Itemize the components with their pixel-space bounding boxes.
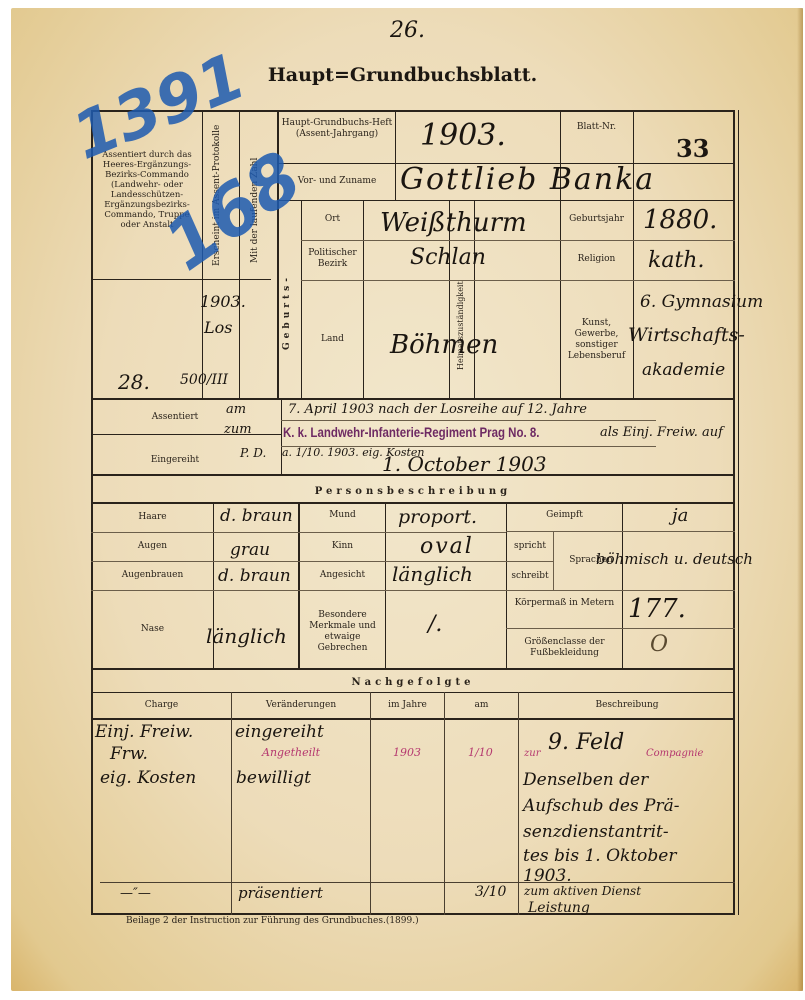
eingereiht-label: Eingereiht: [140, 455, 210, 466]
divider: [91, 532, 506, 533]
row1-beschreibung-line-1: Denselben der: [523, 770, 648, 790]
divider: [560, 240, 735, 241]
assent-note-pd: P. D.: [240, 446, 266, 460]
blatt-label: Blatt-Nr.: [560, 122, 633, 133]
land-value: Böhmen: [390, 330, 498, 360]
mund-value: proport.: [398, 506, 477, 528]
row1-beschreibung-line-2: Aufschub des Prä-: [523, 796, 679, 816]
beruf-value-line-3: akademie: [642, 360, 725, 380]
row1-veraenderung-stamp: Angetheilt: [262, 746, 320, 759]
religion-label: Religion: [560, 254, 633, 265]
divider: [277, 200, 735, 201]
personsbeschreibung-heading: Personsbeschreibung: [91, 486, 735, 497]
augenbrauen-label: Augenbrauen: [92, 570, 213, 581]
heft-value: 1903.: [420, 118, 506, 153]
divider: [100, 882, 735, 883]
divider: [91, 718, 735, 720]
beruf-value-line-2: Wirtschafts-: [628, 324, 745, 346]
row1-beschreibung-hw: 9. Feld: [548, 730, 624, 755]
assent-note-am: am: [226, 402, 246, 417]
divider: [506, 561, 553, 562]
row1-charge-line-2: Frw.: [110, 744, 148, 764]
row1-beschreibung-line-5: 1903.: [523, 866, 572, 886]
ort-value: Weißthurm: [380, 208, 527, 238]
row1-veraenderung-hw: eingereiht: [235, 722, 324, 742]
assent-page-value: 500/III: [180, 372, 228, 388]
row1-charge-line-1: Einj. Freiw.: [95, 722, 193, 742]
row1-jahr: 1903: [393, 746, 421, 759]
name-value: Gottlieb Banka: [400, 162, 655, 197]
divider: [506, 590, 735, 591]
geburts-section-label: Geburts-: [282, 240, 292, 350]
assent-line-1: 7. April 1903 nach der Losreihe auf 12. …: [288, 402, 587, 417]
name-label: Vor- und Zuname: [279, 176, 395, 187]
page-number: 26.: [390, 18, 425, 43]
regiment-stamp: K. k. Landwehr-Infanterie-Regiment Prag …: [283, 424, 539, 440]
besondere-merkmale-value: /.: [428, 612, 442, 637]
divider: [506, 531, 735, 532]
assentiert-label: Assentiert: [140, 412, 210, 423]
divider: [301, 240, 560, 241]
kinn-value: oval: [420, 534, 474, 559]
row1-veraenderung-hw2: bewilligt: [236, 768, 311, 788]
assent-note-zum: zum: [224, 422, 252, 437]
geburtsjahr-label: Geburtsjahr: [560, 214, 633, 225]
haare-value: d. braun: [220, 506, 293, 526]
divider: [91, 398, 735, 400]
land-label: Land: [302, 334, 363, 345]
augen-value: grau: [230, 540, 270, 560]
divider: [301, 200, 302, 398]
sprachen-value: böhmisch u. deutsch: [596, 550, 753, 568]
divider: [91, 692, 735, 693]
geimpft-label: Geimpft: [507, 510, 622, 521]
col-veraenderungen: Veränderungen: [232, 700, 370, 711]
divider: [506, 628, 735, 629]
divider: [281, 420, 656, 421]
augenbrauen-value: d. braun: [218, 566, 291, 586]
assent-number-value: 28.: [118, 370, 150, 394]
koerpermass-value: 177.: [628, 594, 686, 624]
row1-beschreibung-prefix: zur: [524, 748, 541, 759]
religion-value: kath.: [648, 248, 704, 273]
divider: [91, 668, 735, 670]
kinn-label: Kinn: [300, 541, 385, 552]
bezirk-label: Politischer Bezirk: [302, 248, 363, 270]
nase-label: Nase: [92, 624, 213, 635]
divider: [91, 434, 281, 435]
row1-charge-line-3: eig. Kosten: [100, 768, 196, 788]
ort-label: Ort: [302, 214, 363, 225]
augen-label: Augen: [92, 541, 213, 552]
divider: [560, 280, 735, 281]
angesicht-value: länglich: [392, 562, 473, 586]
besondere-merkmale-label: Besondere Merkmale und etwaige Gebrechen: [300, 610, 385, 654]
schreibt-label: schreibt: [507, 571, 553, 582]
col-am: am: [445, 700, 518, 711]
groessenclasse-value: O: [650, 632, 668, 657]
col-beschreibung: Beschreibung: [519, 700, 735, 711]
koerpermass-label: Körpermaß in Metern: [507, 598, 622, 609]
footer-note: Beilage 2 der Instruction zur Führung de…: [126, 916, 419, 926]
row2-beschreibung-line-2: Leistung: [528, 900, 590, 916]
divider: [281, 400, 282, 474]
nachgefolgte-heading: Nachgefolgte: [91, 677, 735, 688]
mund-label: Mund: [300, 510, 385, 521]
row2-beschreibung-line-1: zum aktiven Dienst: [524, 884, 641, 898]
row1-beschreibung-line-4: tes bis 1. Oktober: [523, 846, 676, 866]
geburtsjahr-value: 1880.: [643, 205, 717, 235]
beruf-value-line-1: 6. Gymnasium: [640, 292, 763, 312]
spricht-label: spricht: [507, 541, 553, 552]
row1-am: 1/10: [468, 746, 493, 759]
row1-beschreibung-stamp: Compagnie: [646, 748, 703, 759]
bezirk-value: Schlan: [410, 245, 486, 270]
frame-double-line: [738, 110, 739, 915]
divider: [91, 279, 271, 280]
divider: [633, 110, 634, 398]
nase-value: länglich: [206, 624, 287, 648]
assent-line-4: 1. October 1903: [382, 452, 547, 476]
assent-year-value: 1903.: [200, 292, 246, 311]
divider: [301, 280, 560, 281]
col-im-jahre: im Jahre: [371, 700, 444, 711]
groessenclasse-label: Größenclasse der Fußbekleidung: [507, 637, 622, 659]
divider: [363, 200, 364, 398]
heft-label: Haupt-Grundbuchs-Heft (Assent-Jahrgang): [279, 118, 395, 140]
blatt-value: 33: [676, 134, 709, 163]
assent-los-value: Los: [204, 318, 232, 337]
geimpft-value: ja: [672, 505, 688, 526]
divider: [91, 590, 506, 591]
row2-am: 3/10: [475, 884, 506, 900]
row1-beschreibung-line-3: senzdienstantrit-: [523, 822, 669, 842]
angesicht-label: Angesicht: [300, 570, 385, 581]
beruf-label: Kunst, Gewerbe, sonstiger Lebensberuf: [560, 318, 633, 362]
assent-stamp-suffix: als Einj. Freiw. auf: [600, 425, 723, 440]
divider: [91, 502, 735, 504]
divider: [622, 503, 623, 668]
divider: [395, 110, 396, 200]
divider: [553, 531, 554, 590]
divider: [385, 503, 386, 668]
row2-veraenderung-hw: präsentiert: [238, 884, 323, 902]
col-charge: Charge: [92, 700, 231, 711]
row2-charge: —″—: [120, 886, 151, 901]
haare-label: Haare: [92, 512, 213, 523]
